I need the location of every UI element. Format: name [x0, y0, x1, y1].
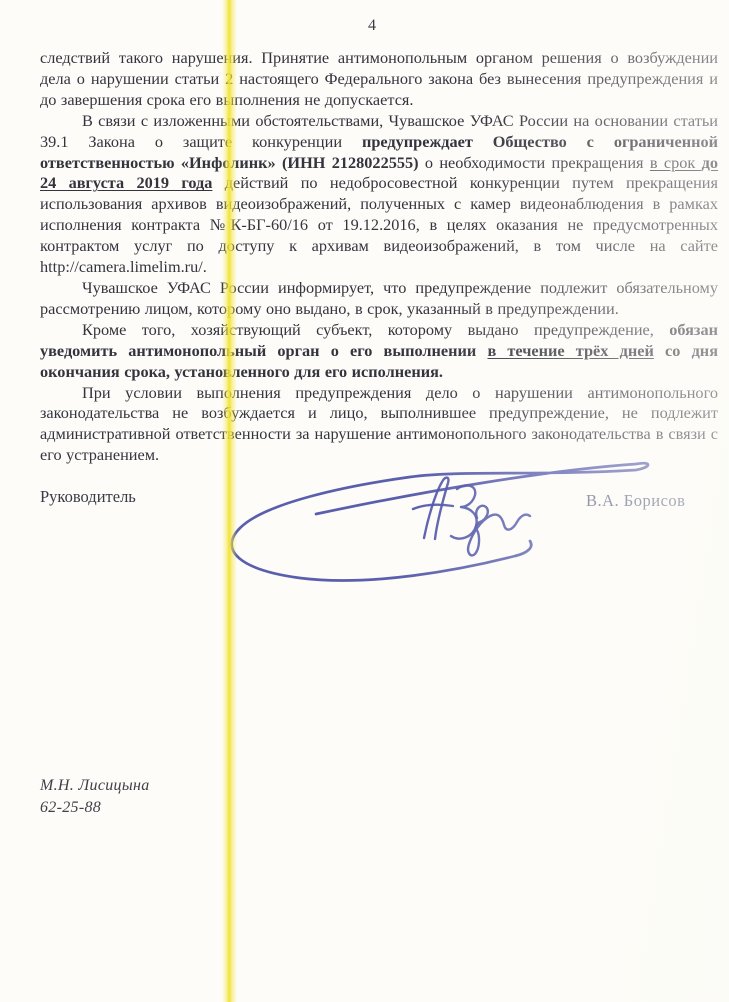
- paragraph: В связи с изложенными обстоятельствами, …: [40, 111, 718, 278]
- page-number: 4: [0, 17, 729, 35]
- paragraph: следствий такого нарушения. Принятие ант…: [40, 48, 718, 111]
- executor-phone: 62-25-88: [40, 797, 150, 819]
- text-segment: в срок: [650, 153, 702, 172]
- footer-contact-block: М.Н. Лисицына 62-25-88: [40, 775, 150, 819]
- document-body: следствий такого нарушения. Принятие ант…: [40, 48, 718, 466]
- signer-role-label: Руководитель: [40, 487, 136, 507]
- scanned-document-page: 4 следствий такого нарушения. Принятие а…: [0, 0, 729, 1002]
- executor-name: М.Н. Лисицына: [40, 775, 150, 797]
- text-segment: о необходимости прекращения: [419, 153, 650, 172]
- text-segment: в течение трёх дней: [487, 341, 653, 360]
- paragraph: Чувашское УФАС России информирует, что п…: [40, 278, 718, 320]
- text-segment: следствий такого нарушения. Принятие ант…: [40, 48, 718, 109]
- text-segment: Кроме того, хозяйствующий субъект, котор…: [82, 320, 669, 339]
- paragraph: Кроме того, хозяйствующий субъект, котор…: [40, 320, 718, 383]
- text-segment: Чувашское УФАС России информирует, что п…: [40, 278, 718, 318]
- handwritten-signature-ink: [190, 430, 729, 600]
